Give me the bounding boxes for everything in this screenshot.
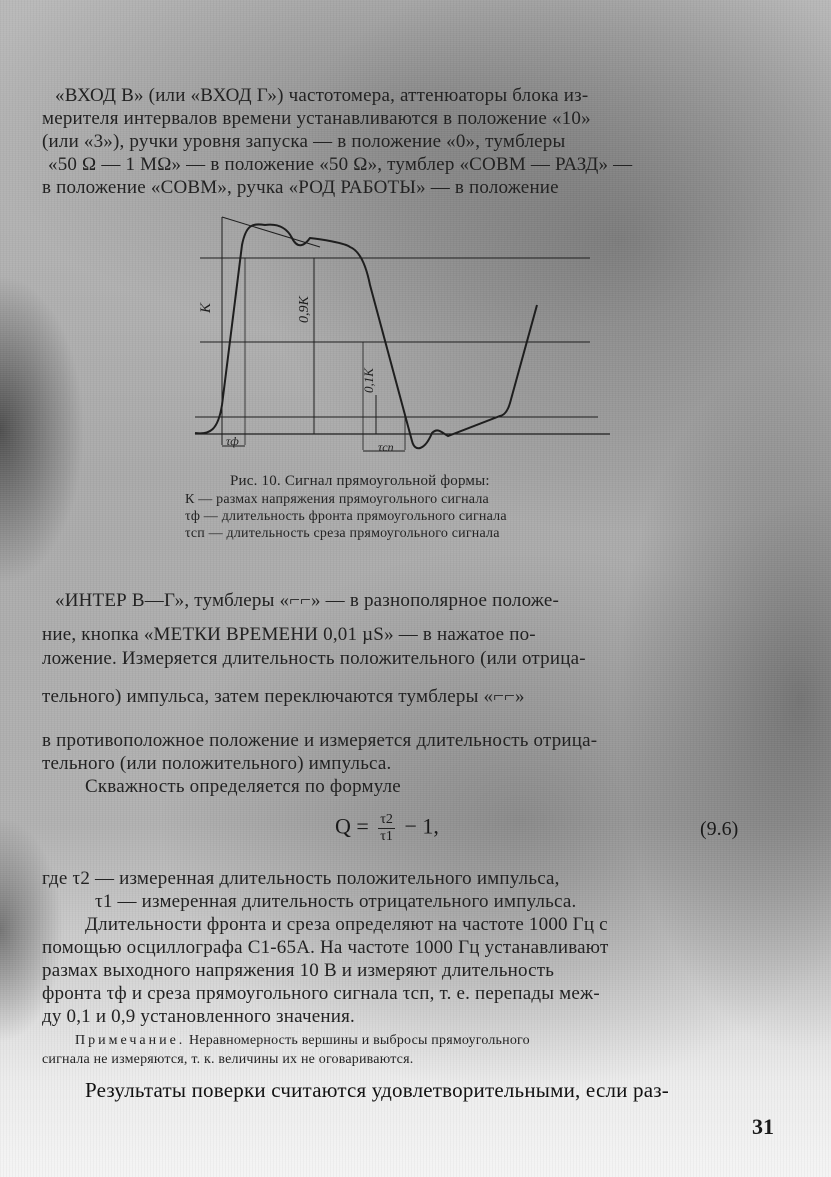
paragraph-line: (или «3»), ручки уровня запуска — в поло… — [42, 131, 565, 153]
paragraph-line: «50 Ω — 1 МΩ» — в положение «50 Ω», тумб… — [48, 154, 632, 176]
formula-fraction: τ2 τ1 — [378, 812, 395, 845]
body-line: τ1 — измеренная длительность отрицательн… — [95, 891, 576, 913]
body-line: размах выходного напряжения 10 В и измер… — [42, 960, 554, 982]
formula-rhs: − 1, — [404, 814, 438, 839]
note-label: Примечание. — [75, 1033, 185, 1048]
label-fall: τсп — [378, 440, 394, 454]
formula-lhs: Q = — [335, 814, 369, 839]
body-line: ду 0,1 и 0,9 установленного значения. — [42, 1006, 355, 1028]
body-line: ние, кнопка «МЕТКИ ВРЕМЕНИ 0,01 µS» — в … — [42, 624, 536, 646]
formula-denominator: τ1 — [378, 829, 395, 845]
final-line: Результаты поверки считаются удовлетвори… — [85, 1078, 669, 1103]
figure-caption-line: К — размах напряжения прямоугольного сиг… — [185, 492, 489, 508]
body-line: «ИНТЕР В—Г», тумблеры «⌐⌐» — в разнополя… — [55, 590, 559, 612]
note-text: Неравномерность вершины и выбросы прямоу… — [189, 1033, 530, 1048]
paragraph-line: мерителя интервалов времени устанавливаю… — [42, 108, 591, 130]
label-amplitude: К — [198, 302, 214, 314]
body-line: фронта τф и среза прямоугольного сигнала… — [42, 983, 600, 1005]
figure-caption-line: τф — длительность фронта прямоугольного … — [185, 509, 507, 525]
formula-numerator: τ2 — [378, 812, 395, 829]
body-line: Скважность определяется по формуле — [85, 776, 401, 798]
rectangular-signal-figure: К 0,9К 0,1К τф τсп — [180, 205, 620, 455]
body-line: в противоположное положение и измеряется… — [42, 730, 597, 752]
body-line: ложение. Измеряется длительность положит… — [42, 648, 586, 670]
paragraph-line: в положение «СОВМ», ручка «РОД РАБОТЫ» —… — [42, 177, 559, 199]
body-line: помощью осциллографа С1-65А. На частоте … — [42, 937, 608, 959]
figure-caption-title: Рис. 10. Сигнал прямоугольной формы: — [230, 473, 490, 490]
paragraph-line: «ВХОД В» (или «ВХОД Г») частотомера, атт… — [55, 85, 588, 107]
note-line: Примечание. Неравномерность вершины и вы… — [75, 1033, 530, 1049]
page-number: 31 — [752, 1114, 774, 1140]
note-line: сигнала не измеряются, т. к. величины их… — [42, 1052, 413, 1068]
body-line: Длительности фронта и среза определяют н… — [85, 914, 608, 936]
equation-number: (9.6) — [700, 818, 738, 841]
body-line: где τ2 — измеренная длительность положит… — [42, 868, 560, 890]
label-level-01: 0,1К — [361, 367, 376, 393]
scanned-page: «ВХОД В» (или «ВХОД Г») частотомера, атт… — [0, 0, 831, 1177]
body-line: тельного (или положительного) импульса. — [42, 753, 392, 775]
duty-cycle-formula: Q = τ2 τ1 − 1, — [335, 812, 439, 845]
label-front: τф — [226, 434, 239, 448]
figure-caption-line: τсп — длительность среза прямоугольного … — [185, 526, 500, 542]
body-line: тельного) импульса, затем переключаются … — [42, 686, 525, 708]
label-level-09: 0,9К — [297, 296, 312, 324]
